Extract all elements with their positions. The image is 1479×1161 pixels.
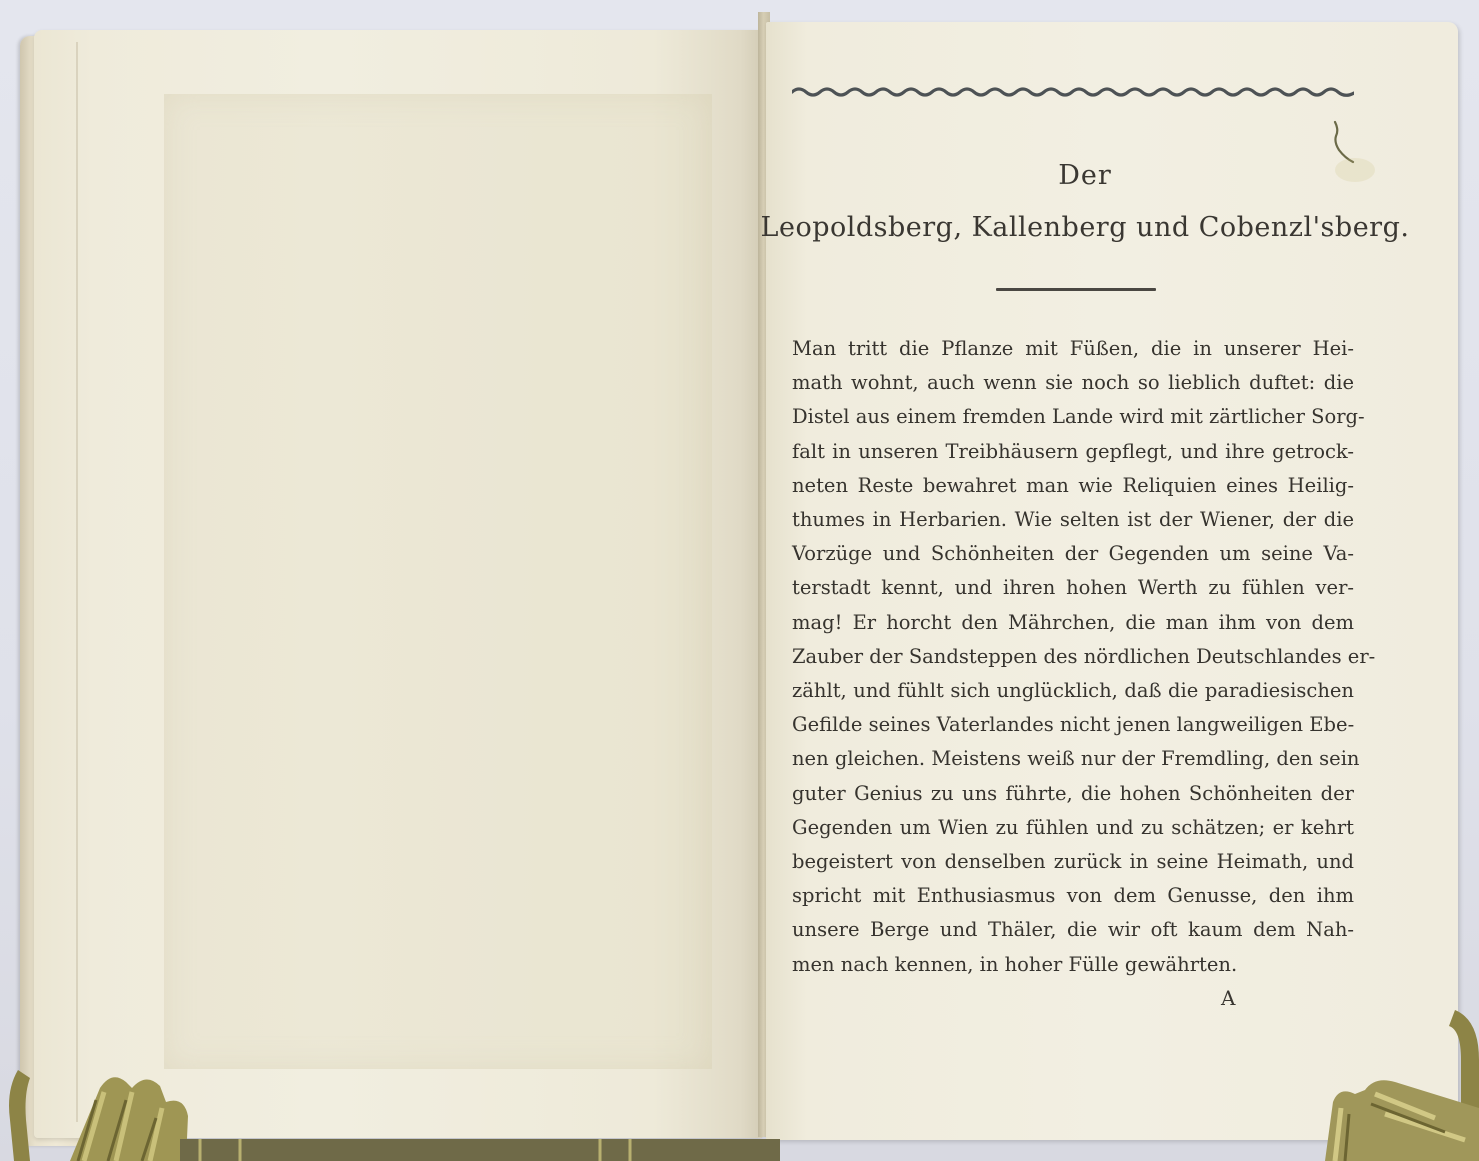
brass-holder-base xyxy=(180,1135,780,1161)
text-line: guter Genius zu uns führte, die hohen Sc… xyxy=(792,777,1354,811)
text-line: Gefilde seines Vaterlandes nicht jenen l… xyxy=(792,708,1354,742)
text-line: nen gleichen. Meistens weiß nur der Frem… xyxy=(792,742,1354,776)
brass-clip-right-icon xyxy=(1315,990,1479,1161)
text-line: falt in unseren Treibhäusern gepflegt, u… xyxy=(792,435,1354,469)
page-fold-line xyxy=(76,42,78,1122)
text-line: terstadt kennt, und ihren hohen Werth zu… xyxy=(792,571,1354,605)
text-line: unsere Berge und Thäler, die wir oft kau… xyxy=(792,913,1354,947)
text-line: Zauber der Sandsteppen des nördlichen De… xyxy=(792,640,1354,674)
text-line: men nach kennen, in hoher Fülle gewährte… xyxy=(792,948,1354,982)
text-line: thumes in Herbarien. Wie selten ist der … xyxy=(792,503,1354,537)
body-paragraph: Man tritt die Pflanze mit Füßen, die in … xyxy=(792,332,1354,982)
text-line: Vorzüge und Schönheiten der Gegenden um … xyxy=(792,537,1354,571)
chapter-heading-article: Der xyxy=(739,160,1431,191)
text-line: mag! Er horcht den Mährchen, die man ihm… xyxy=(792,606,1354,640)
plate-offset-shadow xyxy=(164,94,712,1069)
wavy-ornament-rule-icon xyxy=(792,84,1354,100)
heading-underline-rule xyxy=(996,288,1156,291)
signature-mark: A xyxy=(1221,986,1235,1010)
text-line: begeistert von denselben zurück in seine… xyxy=(792,845,1354,879)
left-page xyxy=(34,30,762,1138)
text-line: zählt, und fühlt sich unglücklich, daß d… xyxy=(792,674,1354,708)
text-line: Distel aus einem fremden Lande wird mit … xyxy=(792,400,1354,434)
book-photo: Der Leopoldsberg, Kallenberg und Cobenzl… xyxy=(0,0,1479,1161)
text-line: Gegenden um Wien zu fühlen und zu schätz… xyxy=(792,811,1354,845)
text-line: spricht mit Enthusiasmus von dem Genusse… xyxy=(792,879,1354,913)
right-page: Der Leopoldsberg, Kallenberg und Cobenzl… xyxy=(766,22,1458,1140)
chapter-heading-title: Leopoldsberg, Kallenberg und Cobenzl'sbe… xyxy=(739,212,1431,243)
brass-clip-left-icon xyxy=(0,1030,200,1161)
text-line: neten Reste bewahret man wie Reliquien e… xyxy=(792,469,1354,503)
text-line: Man tritt die Pflanze mit Füßen, die in … xyxy=(792,332,1354,366)
text-line: math wohnt, auch wenn sie noch so liebli… xyxy=(792,366,1354,400)
